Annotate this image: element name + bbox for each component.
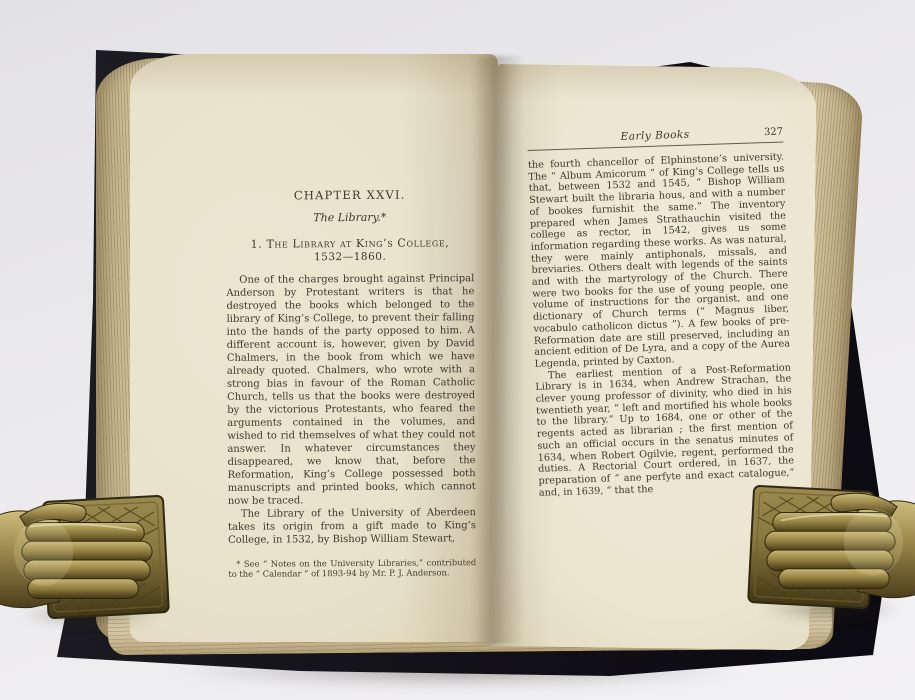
left-paragraph-2: The Library of the University of Aberdee… <box>228 506 476 547</box>
section-dates: 1532—1860. <box>226 250 474 264</box>
section-heading: 1. The Library at King’s College, <box>226 236 474 251</box>
left-paragraph-1: One of the charges brought against Princ… <box>226 272 476 508</box>
right-paragraph-1: the fourth chancellor of Elphinstone’s u… <box>528 151 791 370</box>
brass-hand-clip-left <box>0 487 184 635</box>
page-number: 327 <box>727 127 783 140</box>
chapter-heading: CHAPTER XXVI. <box>226 187 474 203</box>
left-page-text: CHAPTER XXVI. The Library.* 1. The Libra… <box>226 187 477 580</box>
running-head-spacer <box>527 141 583 143</box>
book-gutter-shadow <box>470 56 524 644</box>
right-page-text: Early Books 327 the fourth chancellor of… <box>527 126 795 500</box>
footnote: * See “ Notes on the University Librarie… <box>228 557 476 580</box>
chapter-subtitle: The Library.* <box>226 210 474 225</box>
brass-hand-clip-right <box>733 477 915 625</box>
